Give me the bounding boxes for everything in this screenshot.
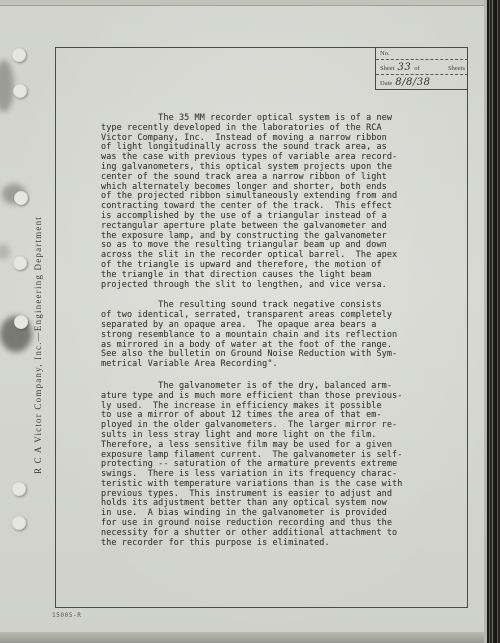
date-label: Date <box>380 80 392 88</box>
punch-hole <box>14 191 28 205</box>
punch-hole <box>13 84 27 98</box>
of-label: of <box>414 65 419 73</box>
number-row: No. <box>376 47 468 60</box>
punch-hole <box>12 48 26 62</box>
date-handwritten: 8/8/38 <box>395 78 430 88</box>
sheet-row: Sheet 33 of Sheets <box>376 60 468 75</box>
paragraph-3: The galvanometer is of the dry, balanced… <box>101 382 416 549</box>
book-spine-stripes <box>487 0 500 643</box>
sheets-label: Sheets <box>448 65 465 73</box>
paragraph-2: The resulting sound track negative consi… <box>101 301 416 370</box>
punch-hole <box>12 482 26 496</box>
sheet-label: Sheet <box>380 65 394 73</box>
company-department-vertical-title: R C A Victor Company, Inc.—Engineering D… <box>33 216 43 474</box>
form-number: 15005-R <box>52 612 82 619</box>
sheet-number-handwritten: 33 <box>397 63 411 73</box>
scanned-document-page: R C A Victor Company, Inc.—Engineering D… <box>0 0 500 643</box>
date-row: Date 8/8/38 <box>376 75 468 90</box>
sheet-info-box: No. Sheet 33 of Sheets Date 8/8/38 <box>375 47 468 90</box>
page-top-edge-line <box>0 5 487 6</box>
typed-body: The 35 MM recorder optical system is of … <box>101 114 416 548</box>
paragraph-1: The 35 MM recorder optical system is of … <box>101 114 416 290</box>
punch-hole <box>12 516 26 530</box>
page-bottom-edge <box>0 632 487 643</box>
page-rule-frame: No. Sheet 33 of Sheets Date 8/8/38 The 3… <box>55 47 468 608</box>
no-label: No. <box>380 50 390 58</box>
punch-hole <box>14 315 28 329</box>
punch-hole <box>13 256 27 270</box>
